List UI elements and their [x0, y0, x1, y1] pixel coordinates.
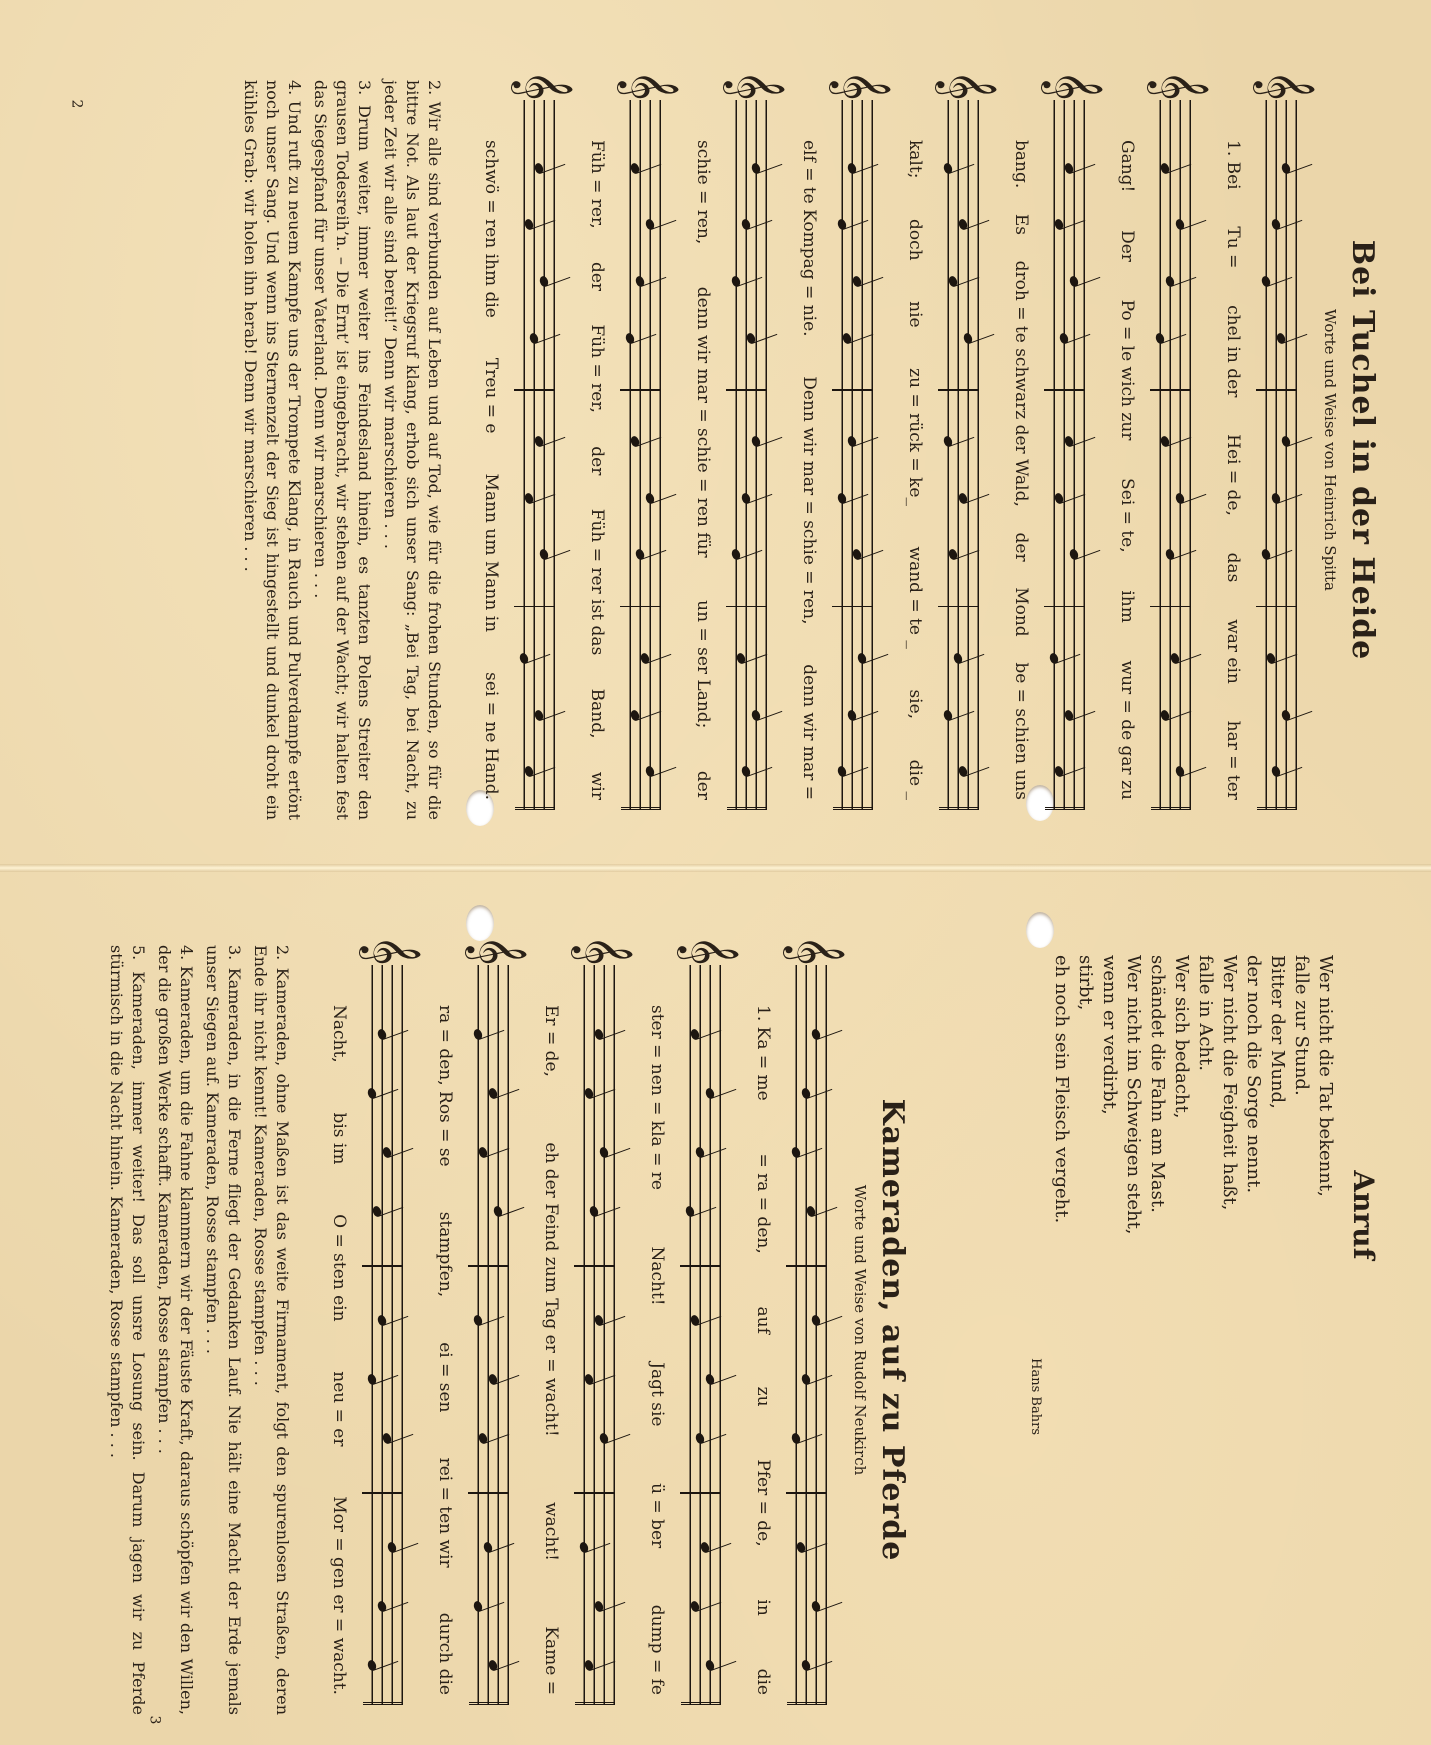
note-icon	[1053, 765, 1064, 778]
lyric-syllable: Mond	[1011, 587, 1031, 636]
poem: Anruf Wer nicht die Tat bekennt,falle zu…	[1028, 955, 1380, 1475]
poem-line: Wer nicht die Feigheit haßt,	[1217, 955, 1241, 1475]
note-icon	[629, 435, 640, 448]
note-icon	[740, 492, 751, 505]
note-icon	[1063, 709, 1074, 722]
lyric-syllable: Füh = rer,	[587, 140, 607, 229]
verse: 3. Drum weiter, immer weiter ins Feindes…	[309, 80, 375, 820]
lyrics-line: schwö = ren ihm dieTreu = eMann um Mann …	[481, 140, 501, 800]
barline	[786, 1492, 826, 1494]
note-icon	[942, 709, 953, 722]
note-icon	[1275, 331, 1286, 344]
note-icon	[376, 1028, 387, 1041]
note-icon	[533, 435, 544, 448]
barline	[514, 606, 554, 608]
poem-line: Wer sich bedacht,	[1169, 955, 1193, 1475]
lyric-syllable: in	[753, 1599, 773, 1615]
lyric-syllable: Tu =	[1223, 226, 1243, 268]
lyric-syllable: sie,	[905, 689, 925, 719]
verse: 4. Und ruft zu neuem Kampfe uns der Trom…	[239, 80, 305, 820]
lyric-syllable: neu = er	[329, 1371, 349, 1446]
lyric-syllable: nie	[905, 301, 925, 327]
treble-clef-icon: 𝄞	[729, 70, 781, 101]
barline	[938, 606, 978, 608]
lyric-syllable: ster = nen = kla = re	[647, 1005, 667, 1190]
note-icon	[962, 331, 973, 344]
note-icon	[795, 1541, 806, 1554]
note-icon	[386, 1541, 397, 1554]
lyric-syllable: bang.	[1011, 140, 1031, 188]
lyric-syllable: Hei = de,	[1223, 434, 1243, 516]
note-icon	[1260, 275, 1271, 288]
note-icon	[745, 331, 756, 344]
barline	[468, 1265, 508, 1267]
note-icon	[634, 275, 645, 288]
lyrics-line: Gang!DerPo = le wich zurSei = te,ihmwur …	[1117, 140, 1137, 800]
barline	[1256, 606, 1296, 608]
note-icon	[957, 765, 968, 778]
note-icon	[639, 652, 650, 665]
treble-clef-icon: 𝄞	[471, 935, 523, 966]
note-icon	[523, 218, 534, 231]
barline	[726, 389, 766, 391]
note-icon	[634, 548, 645, 561]
note-icon	[1280, 435, 1291, 448]
note-icon	[644, 492, 655, 505]
lyric-syllable: droh = te schwarz der Wald,	[1011, 261, 1031, 507]
poem-line: falle in Acht.	[1193, 955, 1217, 1475]
note-icon	[583, 1373, 594, 1386]
notes	[1251, 140, 1301, 800]
lyrics-line: 1. Ka = me= ra = den,aufzuPfer = de,indi…	[753, 1005, 773, 1695]
lyric-syllable: Nacht,	[329, 1005, 349, 1063]
note-icon	[366, 1373, 377, 1386]
note-icon	[810, 1314, 821, 1327]
treble-clef-icon: 𝄞	[835, 70, 887, 101]
note-icon	[689, 1314, 700, 1327]
lyric-syllable: elf = te Kompag = nie.	[799, 140, 819, 337]
lyric-syllable: das	[1223, 553, 1243, 583]
barline	[620, 606, 660, 608]
note-icon	[942, 435, 953, 448]
note-icon	[836, 492, 847, 505]
barline	[574, 1265, 614, 1267]
note-icon	[376, 1600, 387, 1613]
note-icon	[957, 492, 968, 505]
treble-clef-icon: 𝄞	[1259, 70, 1311, 101]
lyric-syllable: Füh = rer ist das	[587, 509, 607, 656]
lyric-syllable: denn wir mar =	[799, 664, 819, 800]
treble-clef-icon: 𝄞	[1153, 70, 1205, 101]
staff-system: 𝄞schwö = ren ihm dieTreu = eMann um Mann…	[463, 70, 563, 830]
lyric-syllable: = ra = den,	[753, 1153, 773, 1253]
lyric-syllable: Jagt sie	[647, 1362, 667, 1426]
poem-line: falle zur Stund.	[1289, 955, 1313, 1475]
treble-clef-icon: 𝄞	[577, 935, 629, 966]
lyric-syllable: zu	[753, 1387, 773, 1407]
note-icon	[846, 709, 857, 722]
lyric-syllable: ra = den, Ros = se	[435, 1005, 455, 1167]
note-icon	[518, 652, 529, 665]
lyric-syllable: be = schien uns	[1011, 662, 1031, 800]
lyrics-line: elf = te Kompag = nie.Denn wir mar = sch…	[799, 140, 819, 800]
note-icon	[689, 1600, 700, 1613]
lyric-syllable: Pfer = de,	[753, 1459, 773, 1546]
note-icon	[523, 765, 534, 778]
verses: 2. Wir alle sind verbunden auf Leben und…	[239, 70, 445, 830]
barline	[1150, 606, 1190, 608]
notes	[1039, 140, 1089, 800]
note-icon	[810, 1600, 821, 1613]
note-icon	[644, 218, 655, 231]
lyric-syllable: Es	[1011, 214, 1031, 235]
lyric-syllable: Denn wir mar = schie = ren,	[799, 376, 819, 624]
note-icon	[1260, 548, 1271, 561]
note-icon	[694, 1146, 705, 1159]
note-icon	[1154, 331, 1165, 344]
note-icon	[1174, 492, 1185, 505]
barline	[680, 1265, 720, 1267]
verse: 2. Kameraden, ohne Maßen ist das weite F…	[249, 945, 293, 1715]
staff-system: 𝄞Nacht,bis imO = sten einneu = erMor = g…	[311, 935, 411, 1725]
note-icon	[593, 1028, 604, 1041]
note-icon	[1270, 765, 1281, 778]
note-icon	[947, 275, 958, 288]
music-staves: 𝄞1. Ka = me= ra = den,aufzuPfer = de,ind…	[311, 935, 835, 1725]
poem-line: wenn er verdirbt,	[1097, 955, 1121, 1475]
note-icon	[1164, 275, 1175, 288]
staff-system: 𝄞elf = te Kompag = nie.Denn wir mar = sc…	[781, 70, 881, 830]
note-icon	[800, 1373, 811, 1386]
song-section: Kameraden, auf zu Pferde Worte und Weise…	[101, 935, 910, 1725]
lyric-syllable: rei = ten wir	[435, 1458, 455, 1568]
note-icon	[1270, 492, 1281, 505]
lyric-syllable: Treu = e	[481, 358, 501, 434]
note-icon	[704, 1659, 715, 1672]
note-icon	[598, 1432, 609, 1445]
note-icon	[1169, 652, 1180, 665]
lyric-syllable: dump = fe	[647, 1605, 667, 1695]
lyric-syllable: Sei = te,	[1117, 478, 1137, 553]
lyric-syllable: wand = te _	[905, 547, 925, 649]
lyric-syllable: der	[1011, 533, 1031, 562]
note-icon	[957, 218, 968, 231]
staff-system: 𝄞kalt;dochniezu = rück = ke_wand = te _s…	[887, 70, 987, 830]
notes	[933, 140, 983, 800]
poem-line: Wer nicht die Tat bekennt,	[1313, 955, 1337, 1475]
note-icon	[1159, 435, 1170, 448]
note-icon	[735, 652, 746, 665]
note-icon	[1053, 492, 1064, 505]
note-icon	[1174, 765, 1185, 778]
lyric-syllable: 1. Bei	[1223, 140, 1243, 190]
treble-clef-icon: 𝄞	[941, 70, 993, 101]
note-icon	[1159, 162, 1170, 175]
note-icon	[947, 548, 958, 561]
note-icon	[528, 331, 539, 344]
barline	[1044, 606, 1084, 608]
staff-system: 𝄞ster = nen = kla = reNacht!Jagt sieü = …	[629, 935, 729, 1725]
notes	[615, 140, 665, 800]
note-icon	[477, 1432, 488, 1445]
lyric-syllable: schie = ren,	[693, 140, 713, 244]
staff-system: 𝄞Füh = rer,derFüh = rer,derFüh = rer ist…	[569, 70, 669, 830]
note-icon	[644, 765, 655, 778]
notes	[827, 140, 877, 800]
note-icon	[588, 1205, 599, 1218]
barline	[786, 1265, 826, 1267]
lyric-syllable: Band,	[587, 689, 607, 739]
page-3: Anruf Wer nicht die Tat bekennt,falle zu…	[60, 935, 1380, 1725]
lyrics-line: kalt;dochniezu = rück = ke_wand = te _si…	[905, 140, 925, 800]
note-icon	[730, 548, 741, 561]
note-icon	[533, 162, 544, 175]
note-icon	[629, 709, 640, 722]
note-icon	[1265, 652, 1276, 665]
note-icon	[487, 1373, 498, 1386]
note-icon	[740, 218, 751, 231]
poem-line: schändet die Fahn am Mast.	[1145, 955, 1169, 1475]
lyric-syllable: Der	[1117, 230, 1137, 262]
lyric-syllable: war ein	[1223, 619, 1243, 684]
treble-clef-icon: 𝄞	[1047, 70, 1099, 101]
lyric-syllable: Kame =	[541, 1626, 561, 1695]
note-icon	[492, 1205, 503, 1218]
note-icon	[472, 1314, 483, 1327]
lyrics-line: schie = ren,denn wir mar = schie = ren f…	[693, 140, 713, 800]
note-icon	[800, 1087, 811, 1100]
note-icon	[1174, 218, 1185, 231]
lyrics-line: Nacht,bis imO = sten einneu = erMor = ge…	[329, 1005, 349, 1695]
barline	[1256, 389, 1296, 391]
song-title: Bei Tuchel in der Heide	[1345, 70, 1380, 830]
note-icon	[1063, 435, 1074, 448]
note-icon	[1053, 218, 1064, 231]
note-icon	[366, 1087, 377, 1100]
notes	[463, 1005, 513, 1695]
note-icon	[593, 1600, 604, 1613]
lyrics-line: ster = nen = kla = reNacht!Jagt sieü = b…	[647, 1005, 667, 1695]
lyric-syllable: bis im	[329, 1112, 349, 1164]
song-credit: Worte und Weise von Heinrich Spitta	[1321, 70, 1339, 830]
lyric-syllable: zu = rück = ke_	[905, 368, 925, 506]
note-icon	[1068, 548, 1079, 561]
lyric-syllable: Füh = rer,	[587, 324, 607, 413]
lyric-syllable: die _	[905, 760, 925, 800]
note-icon	[684, 1205, 695, 1218]
poem-author: Hans Bahrs	[1028, 955, 1043, 1475]
lyric-syllable: auf	[753, 1307, 773, 1334]
lyric-syllable: stampfen,	[435, 1212, 455, 1297]
lyric-syllable: sei = ne Hand.	[481, 672, 501, 800]
lyrics-line: 1. BeiTu =chel in derHei = de,daswar ein…	[1223, 140, 1243, 800]
notes	[721, 140, 771, 800]
notes	[675, 1005, 725, 1695]
note-icon	[750, 162, 761, 175]
note-icon	[704, 1373, 715, 1386]
note-icon	[851, 548, 862, 561]
lyric-syllable: chel in der	[1223, 305, 1243, 397]
verse: 5. Kameraden, immer weiter! Das soll uns…	[105, 945, 149, 1715]
note-icon	[750, 709, 761, 722]
barline	[468, 1492, 508, 1494]
note-icon	[629, 162, 640, 175]
treble-clef-icon: 𝄞	[683, 935, 735, 966]
note-icon	[856, 652, 867, 665]
barline	[362, 1265, 402, 1267]
notes	[509, 140, 559, 800]
note-icon	[836, 765, 847, 778]
notes	[1145, 140, 1195, 800]
barline	[726, 606, 766, 608]
poem-line: Bitter der Mund,	[1265, 955, 1289, 1475]
lyric-syllable: Er = de,	[541, 1005, 561, 1077]
note-icon	[578, 1541, 589, 1554]
note-icon	[1280, 162, 1291, 175]
note-icon	[583, 1659, 594, 1672]
note-icon	[790, 1146, 801, 1159]
note-icon	[836, 218, 847, 231]
note-icon	[740, 765, 751, 778]
lyric-syllable: der	[693, 771, 713, 800]
note-icon	[841, 331, 852, 344]
lyric-syllable: wir	[587, 772, 607, 800]
lyric-syllable: un = ser Land;	[693, 600, 713, 728]
note-icon	[533, 709, 544, 722]
page-number: 3	[146, 1716, 162, 1725]
treble-clef-icon: 𝄞	[623, 70, 675, 101]
lyric-syllable: der	[587, 262, 607, 291]
note-icon	[1048, 652, 1059, 665]
note-icon	[846, 435, 857, 448]
note-icon	[790, 1432, 801, 1445]
staff-system: 𝄞Gang!DerPo = le wich zurSei = te,ihmwur…	[1099, 70, 1199, 830]
lyric-syllable: durch die	[435, 1613, 455, 1695]
staff-system: 𝄞1. Ka = me= ra = den,aufzuPfer = de,ind…	[735, 935, 835, 1725]
notes	[781, 1005, 831, 1695]
staff-system: 𝄞Er = de,eh der Feind zum Tag er = wacht…	[523, 935, 623, 1725]
verse: 2. Wir alle sind verbunden auf Leben und…	[379, 80, 445, 820]
note-icon	[750, 435, 761, 448]
notes	[357, 1005, 407, 1695]
song-credit: Worte und Weise von Rudolf Neukirch	[851, 935, 869, 1725]
poem-line: der noch die Sorge nennt.	[1241, 955, 1265, 1475]
lyric-syllable: schwö = ren ihm die	[481, 140, 501, 318]
note-icon	[598, 1146, 609, 1159]
note-icon	[1270, 218, 1281, 231]
staff-system: 𝄞1. BeiTu =chel in derHei = de,daswar ei…	[1205, 70, 1305, 830]
note-icon	[1280, 709, 1291, 722]
treble-clef-icon: 𝄞	[517, 70, 569, 101]
lyric-syllable: 1. Ka = me	[753, 1005, 773, 1101]
note-icon	[1164, 548, 1175, 561]
note-icon	[1159, 709, 1170, 722]
note-icon	[487, 1087, 498, 1100]
lyric-syllable: die	[753, 1669, 773, 1695]
note-icon	[381, 1146, 392, 1159]
lyric-syllable: O = sten ein	[329, 1214, 349, 1321]
lyrics-line: Füh = rer,derFüh = rer,derFüh = rer ist …	[587, 140, 607, 800]
barline	[514, 389, 554, 391]
lyric-syllable: kalt;	[905, 140, 925, 178]
note-icon	[376, 1314, 387, 1327]
note-icon	[477, 1146, 488, 1159]
treble-clef-icon: 𝄞	[365, 935, 417, 966]
staff-system: 𝄞ra = den, Ros = sestampfen,ei = senrei …	[417, 935, 517, 1725]
note-icon	[704, 1087, 715, 1100]
note-icon	[1068, 275, 1079, 288]
lyric-syllable: ihm	[1117, 590, 1137, 623]
barline	[362, 1492, 402, 1494]
note-icon	[730, 275, 741, 288]
verses: 2. Kameraden, ohne Maßen ist das weite F…	[105, 935, 293, 1725]
note-icon	[689, 1028, 700, 1041]
verse: 3. Kameraden, in die Ferne fliegt der Ge…	[201, 945, 245, 1715]
page-number: 2	[68, 100, 84, 109]
center-fold	[0, 864, 1431, 872]
note-icon	[538, 548, 549, 561]
note-icon	[624, 331, 635, 344]
verse: 4. Kameraden, um die Fahne klammern wir …	[153, 945, 197, 1715]
note-icon	[381, 1432, 392, 1445]
lyric-syllable: doch	[905, 219, 925, 261]
lyric-syllable: Mann um Mann in	[481, 474, 501, 633]
music-staves: 𝄞1. BeiTu =chel in derHei = de,daswar ei…	[463, 70, 1305, 830]
poem-line: eh noch sein Fleisch vergeht.	[1049, 955, 1073, 1475]
song-title: Kameraden, auf zu Pferde	[875, 935, 910, 1725]
note-icon	[942, 162, 953, 175]
note-icon	[846, 162, 857, 175]
lyric-syllable: ei = sen	[435, 1342, 455, 1412]
note-icon	[538, 275, 549, 288]
note-icon	[851, 275, 862, 288]
note-icon	[482, 1541, 493, 1554]
lyric-syllable: denn wir mar = schie = ren für	[693, 287, 713, 558]
page-2: Bei Tuchel in der Heide Worte und Weise …	[60, 70, 1380, 830]
note-icon	[487, 1659, 498, 1672]
barline	[1044, 389, 1084, 391]
barline	[574, 1492, 614, 1494]
lyric-syllable: der	[587, 446, 607, 475]
barline	[680, 1492, 720, 1494]
barline	[620, 389, 660, 391]
poem-line: stirbt,	[1073, 955, 1097, 1475]
lyrics-line: ra = den, Ros = sestampfen,ei = senrei =…	[435, 1005, 455, 1695]
lyric-syllable: ü = ber	[647, 1483, 667, 1548]
lyric-syllable: Mor = gen er = wacht.	[329, 1496, 349, 1695]
lyric-syllable: Gang!	[1117, 140, 1137, 192]
poem-line: Wer nicht im Schweigen steht,	[1121, 955, 1145, 1475]
barline	[832, 606, 872, 608]
poem-title: Anruf	[1347, 955, 1380, 1475]
note-icon	[694, 1432, 705, 1445]
lyric-syllable: eh der Feind zum Tag er = wacht!	[541, 1142, 561, 1436]
lyric-syllable: wur = de gar zu	[1117, 661, 1137, 800]
note-icon	[366, 1659, 377, 1672]
lyric-syllable: Po = le wich zur	[1117, 300, 1137, 441]
staff-system: 𝄞schie = ren,denn wir mar = schie = ren …	[675, 70, 775, 830]
poem-lines: Wer nicht die Tat bekennt,falle zur Stun…	[1049, 955, 1337, 1475]
note-icon	[371, 1205, 382, 1218]
notes	[569, 1005, 619, 1695]
note-icon	[593, 1314, 604, 1327]
barline	[938, 389, 978, 391]
lyrics-line: bang.Esdroh = te schwarz der Wald,derMon…	[1011, 140, 1031, 800]
note-icon	[472, 1028, 483, 1041]
note-icon	[472, 1600, 483, 1613]
note-icon	[952, 652, 963, 665]
barline	[1150, 389, 1190, 391]
